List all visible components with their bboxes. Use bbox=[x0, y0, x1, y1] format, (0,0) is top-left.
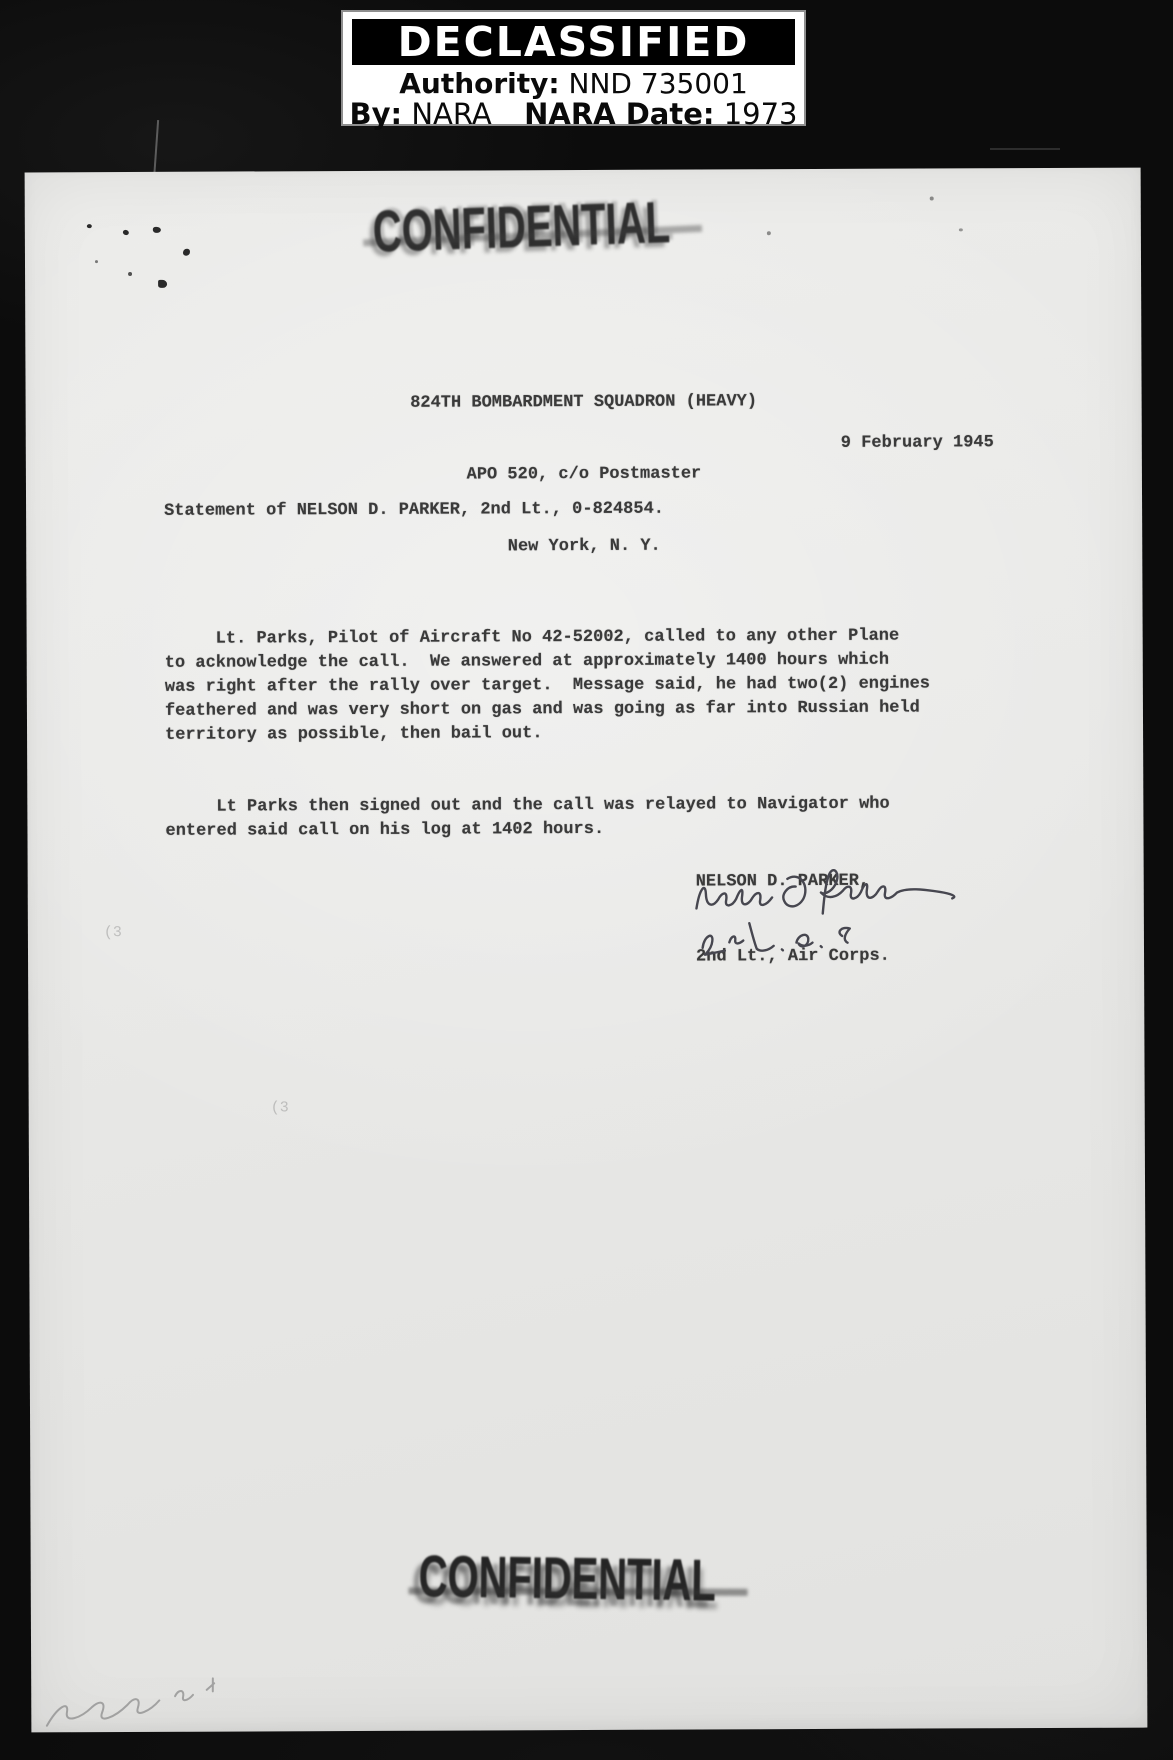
by-line: By: NARA NARA Date: 1973 bbox=[343, 99, 804, 130]
scan-scratch bbox=[990, 148, 1060, 150]
authority-value: NND 735001 bbox=[569, 67, 748, 100]
by-label: By: bbox=[349, 97, 402, 131]
typed-line: territory as possible, then bail out. bbox=[165, 720, 930, 747]
letterhead-apo-line: APO 520, c/o Postmaster bbox=[26, 461, 1142, 490]
confidential-stamp-bottom-text: CONFIDENTIAL bbox=[418, 1543, 716, 1615]
paper-speck bbox=[959, 228, 963, 231]
nara-date-value: 1973 bbox=[724, 97, 798, 131]
paper-speck bbox=[767, 231, 771, 235]
nara-date-label: NARA Date: bbox=[524, 97, 714, 131]
typed-line: Lt Parks then signed out and the call wa… bbox=[165, 792, 930, 819]
typed-line: was right after the rally over target. M… bbox=[165, 672, 930, 699]
letterhead-city-line: New York, N. Y. bbox=[26, 533, 1142, 562]
pencil-scrawl-note bbox=[35, 1661, 269, 1738]
paper-speck bbox=[122, 229, 129, 236]
typed-line: feathered and was very short on gas and … bbox=[165, 696, 930, 723]
confidential-stamp-bottom: CONFIDENTIAL bbox=[418, 1553, 731, 1606]
paper-artifact-mark: (3 bbox=[271, 1099, 289, 1116]
document-date: 9 February 1945 bbox=[841, 433, 994, 453]
declassified-banner: DECLASSIFIED Authority: NND 735001 By: N… bbox=[341, 10, 806, 126]
signature-rank-handwriting bbox=[695, 904, 877, 962]
paper-speck bbox=[87, 224, 92, 228]
document-page: CONFIDENTIAL 824TH BOMBARDMENT SQUADRON … bbox=[25, 168, 1148, 1733]
paper-speck bbox=[930, 196, 934, 200]
letterhead-unit-line: 824TH BOMBARDMENT SQUADRON (HEAVY) bbox=[26, 389, 1142, 418]
declassified-title: DECLASSIFIED bbox=[352, 19, 795, 65]
authority-line: Authority: NND 735001 bbox=[343, 68, 804, 99]
letterhead: 824TH BOMBARDMENT SQUADRON (HEAVY) APO 5… bbox=[25, 341, 1142, 610]
by-value: NARA bbox=[411, 97, 491, 131]
paragraph-1: Lt. Parks, Pilot of Aircraft No 42-52002… bbox=[165, 624, 931, 747]
stamp-ink-smear bbox=[409, 1587, 748, 1595]
typed-line: Lt. Parks, Pilot of Aircraft No 42-52002… bbox=[165, 624, 930, 651]
confidential-stamp-top: CONFIDENTIAL bbox=[372, 198, 686, 256]
authority-label: Authority: bbox=[399, 67, 559, 100]
typed-line: to acknowledge the call. We answered at … bbox=[165, 648, 930, 675]
statement-heading: Statement of NELSON D. PARKER, 2nd Lt., … bbox=[164, 500, 664, 521]
paper-speck bbox=[153, 227, 161, 233]
paper-speck bbox=[95, 260, 98, 263]
paper-speck bbox=[128, 272, 132, 276]
paper-speck bbox=[158, 280, 167, 288]
paper-speck bbox=[183, 249, 190, 256]
paper-artifact-mark: (3 bbox=[104, 924, 122, 941]
